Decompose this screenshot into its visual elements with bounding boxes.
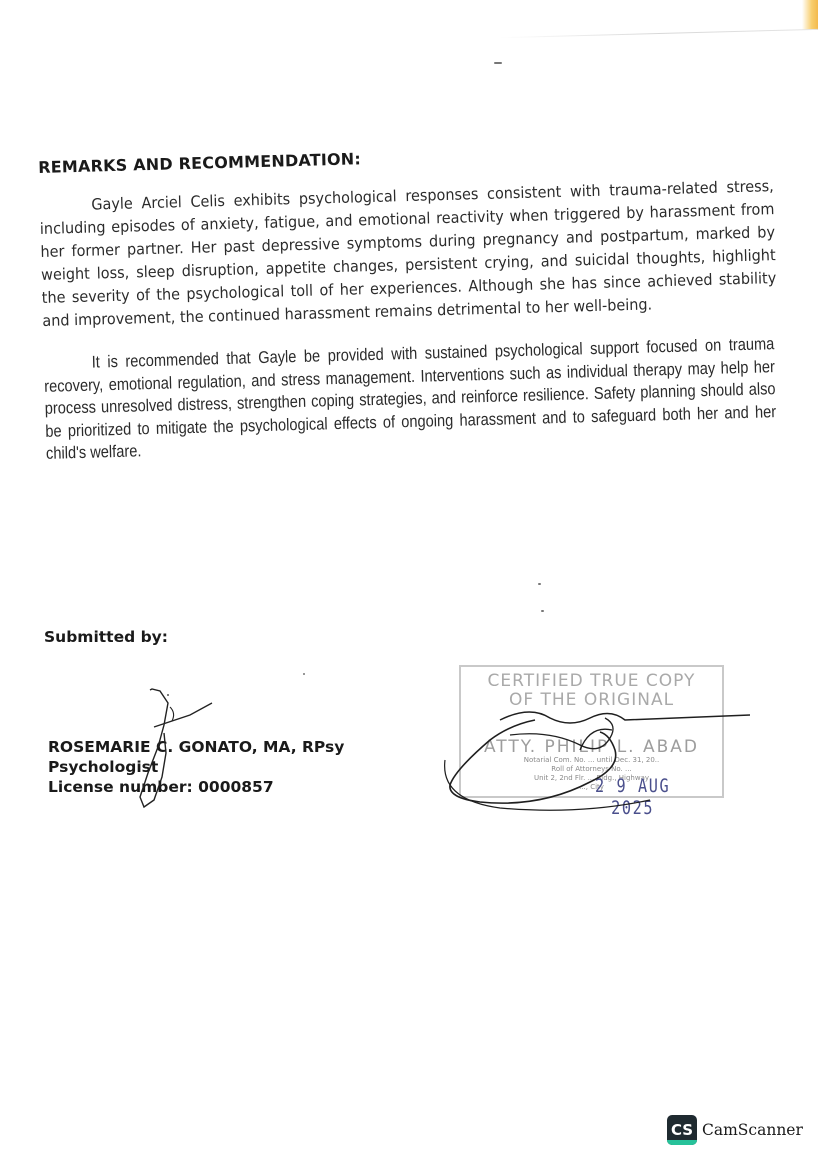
notary-signature-icon (440, 690, 750, 820)
camscanner-brand: CamScanner (702, 1121, 803, 1139)
signature-icon (130, 685, 250, 815)
document-body: REMARKS AND RECOMMENDATION: Gayle Arciel… (38, 138, 781, 465)
scan-speck (541, 610, 544, 612)
camscanner-watermark: CS CamScanner (667, 1115, 803, 1145)
scan-speck (494, 62, 502, 64)
submitted-by-label: Submitted by: (44, 628, 168, 646)
camscanner-logo-icon: CS (667, 1115, 697, 1145)
scan-speck (303, 673, 305, 675)
scan-speck (538, 583, 541, 585)
remarks-paragraph: Gayle Arciel Celis exhibits psychologica… (39, 175, 777, 333)
stamp-line1: CERTIFIED TRUE COPY (461, 672, 722, 690)
recommendation-paragraph: It is recommended that Gayle be provided… (43, 333, 777, 465)
section-heading: REMARKS AND RECOMMENDATION: (38, 138, 773, 177)
scan-edge-artifact (802, 0, 818, 30)
scan-line-artifact (500, 29, 818, 38)
